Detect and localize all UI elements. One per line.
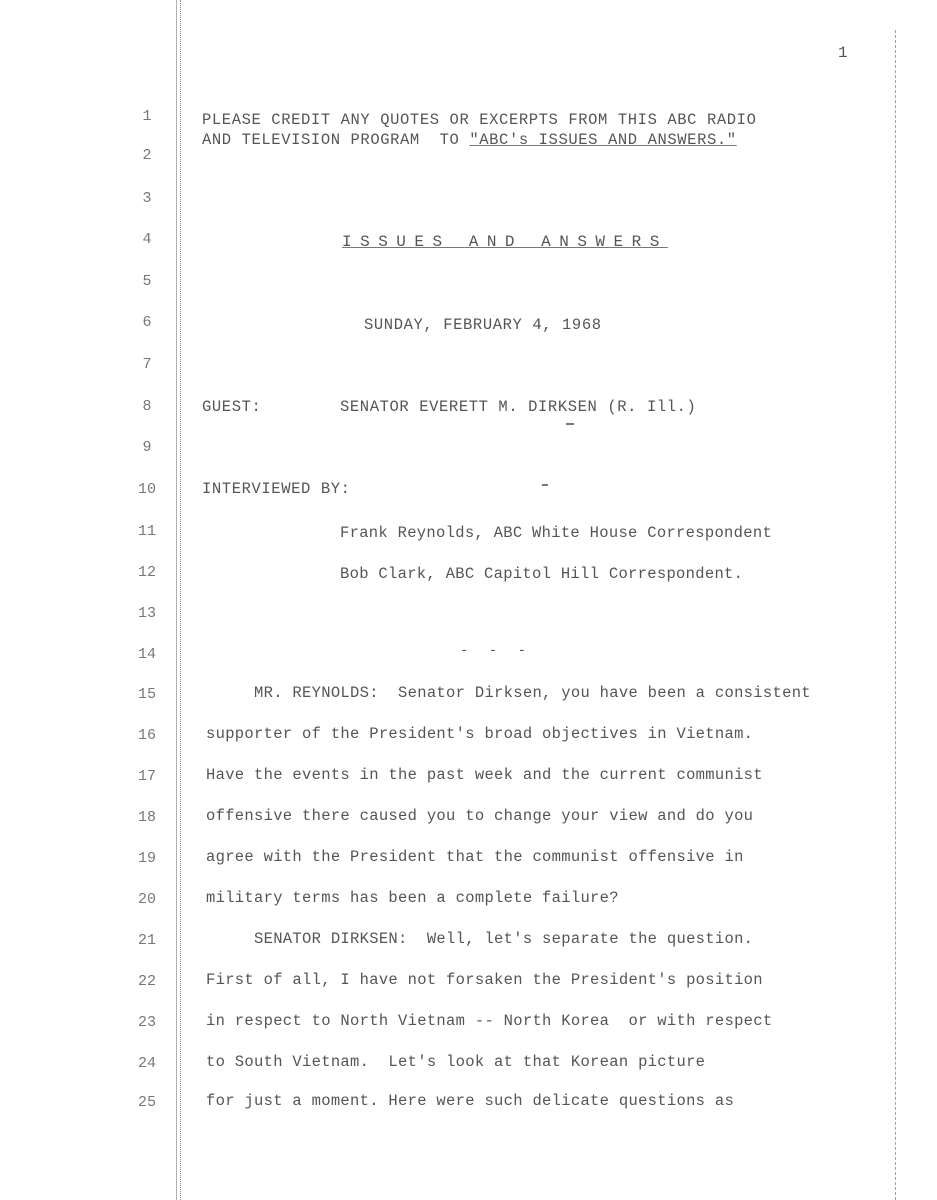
transcript-line: supporter of the President's broad objec… bbox=[206, 725, 753, 743]
line-number: 20 bbox=[132, 891, 162, 908]
line-number: 18 bbox=[132, 809, 162, 826]
line-number: 3 bbox=[132, 190, 162, 207]
transcript-line: offensive there caused you to change you… bbox=[206, 807, 753, 825]
guest-label: GUEST: bbox=[202, 398, 261, 416]
line-number: 17 bbox=[132, 768, 162, 785]
line-number: 16 bbox=[132, 727, 162, 744]
line-number: 21 bbox=[132, 932, 162, 949]
credit-line-1: PLEASE CREDIT ANY QUOTES OR EXCERPTS FRO… bbox=[202, 111, 756, 129]
transcript-line: SENATOR DIRKSEN: Well, let's separate th… bbox=[206, 930, 753, 948]
left-margin-rule-inner bbox=[180, 0, 181, 1200]
transcript-line: agree with the President that the commun… bbox=[206, 848, 744, 866]
line-number: 2 bbox=[132, 147, 162, 164]
line-number: 5 bbox=[132, 273, 162, 290]
line-number: 9 bbox=[132, 439, 162, 456]
transcript-line: in respect to North Vietnam -- North Kor… bbox=[206, 1012, 773, 1030]
line-number: 4 bbox=[132, 231, 162, 248]
credit-line-2: AND TELEVISION PROGRAM TO "ABC's ISSUES … bbox=[202, 131, 737, 149]
ink-speck bbox=[566, 423, 574, 425]
line-number: 15 bbox=[132, 686, 162, 703]
left-margin-rule bbox=[176, 0, 177, 1200]
line-number: 8 bbox=[132, 398, 162, 415]
line-number: 10 bbox=[132, 481, 162, 498]
line-number: 11 bbox=[132, 523, 162, 540]
interviewer-1: Frank Reynolds, ABC White House Correspo… bbox=[340, 524, 772, 542]
section-separator: - - - bbox=[460, 643, 532, 659]
transcript-line: MR. REYNOLDS: Senator Dirksen, you have … bbox=[206, 684, 811, 702]
transcript-line: for just a moment. Here were such delica… bbox=[206, 1092, 734, 1110]
line-number: 12 bbox=[132, 564, 162, 581]
line-number: 6 bbox=[132, 314, 162, 331]
credit-program-name: "ABC's ISSUES AND ANSWERS." bbox=[469, 131, 736, 149]
line-number: 19 bbox=[132, 850, 162, 867]
ink-speck bbox=[542, 484, 548, 486]
credit-line-2-prefix: AND TELEVISION PROGRAM TO bbox=[202, 131, 469, 149]
line-number: 7 bbox=[132, 356, 162, 373]
interviewed-by-label: INTERVIEWED BY: bbox=[202, 480, 351, 498]
broadcast-date: SUNDAY, FEBRUARY 4, 1968 bbox=[364, 316, 602, 334]
line-number: 23 bbox=[132, 1014, 162, 1031]
transcript-line: Have the events in the past week and the… bbox=[206, 766, 763, 784]
page-number: 1 bbox=[838, 44, 848, 62]
transcript-line: military terms has been a complete failu… bbox=[206, 889, 619, 907]
transcript-line: to South Vietnam. Let's look at that Kor… bbox=[206, 1053, 705, 1071]
transcript-line: First of all, I have not forsaken the Pr… bbox=[206, 971, 763, 989]
interviewer-2: Bob Clark, ABC Capitol Hill Corresponden… bbox=[340, 565, 743, 583]
transcript-page: 1 1 2 3 4 5 6 7 8 9 10 11 12 13 14 15 16… bbox=[0, 0, 937, 1200]
line-number: 24 bbox=[132, 1055, 162, 1072]
line-number: 22 bbox=[132, 973, 162, 990]
line-number: 13 bbox=[132, 605, 162, 622]
line-number: 1 bbox=[132, 108, 162, 125]
document-title: ISSUES AND ANSWERS bbox=[342, 233, 668, 251]
line-number: 25 bbox=[132, 1094, 162, 1111]
guest-name: SENATOR EVERETT M. DIRKSEN (R. Ill.) bbox=[340, 398, 696, 416]
right-margin-rule bbox=[895, 30, 896, 1200]
line-number: 14 bbox=[132, 646, 162, 663]
